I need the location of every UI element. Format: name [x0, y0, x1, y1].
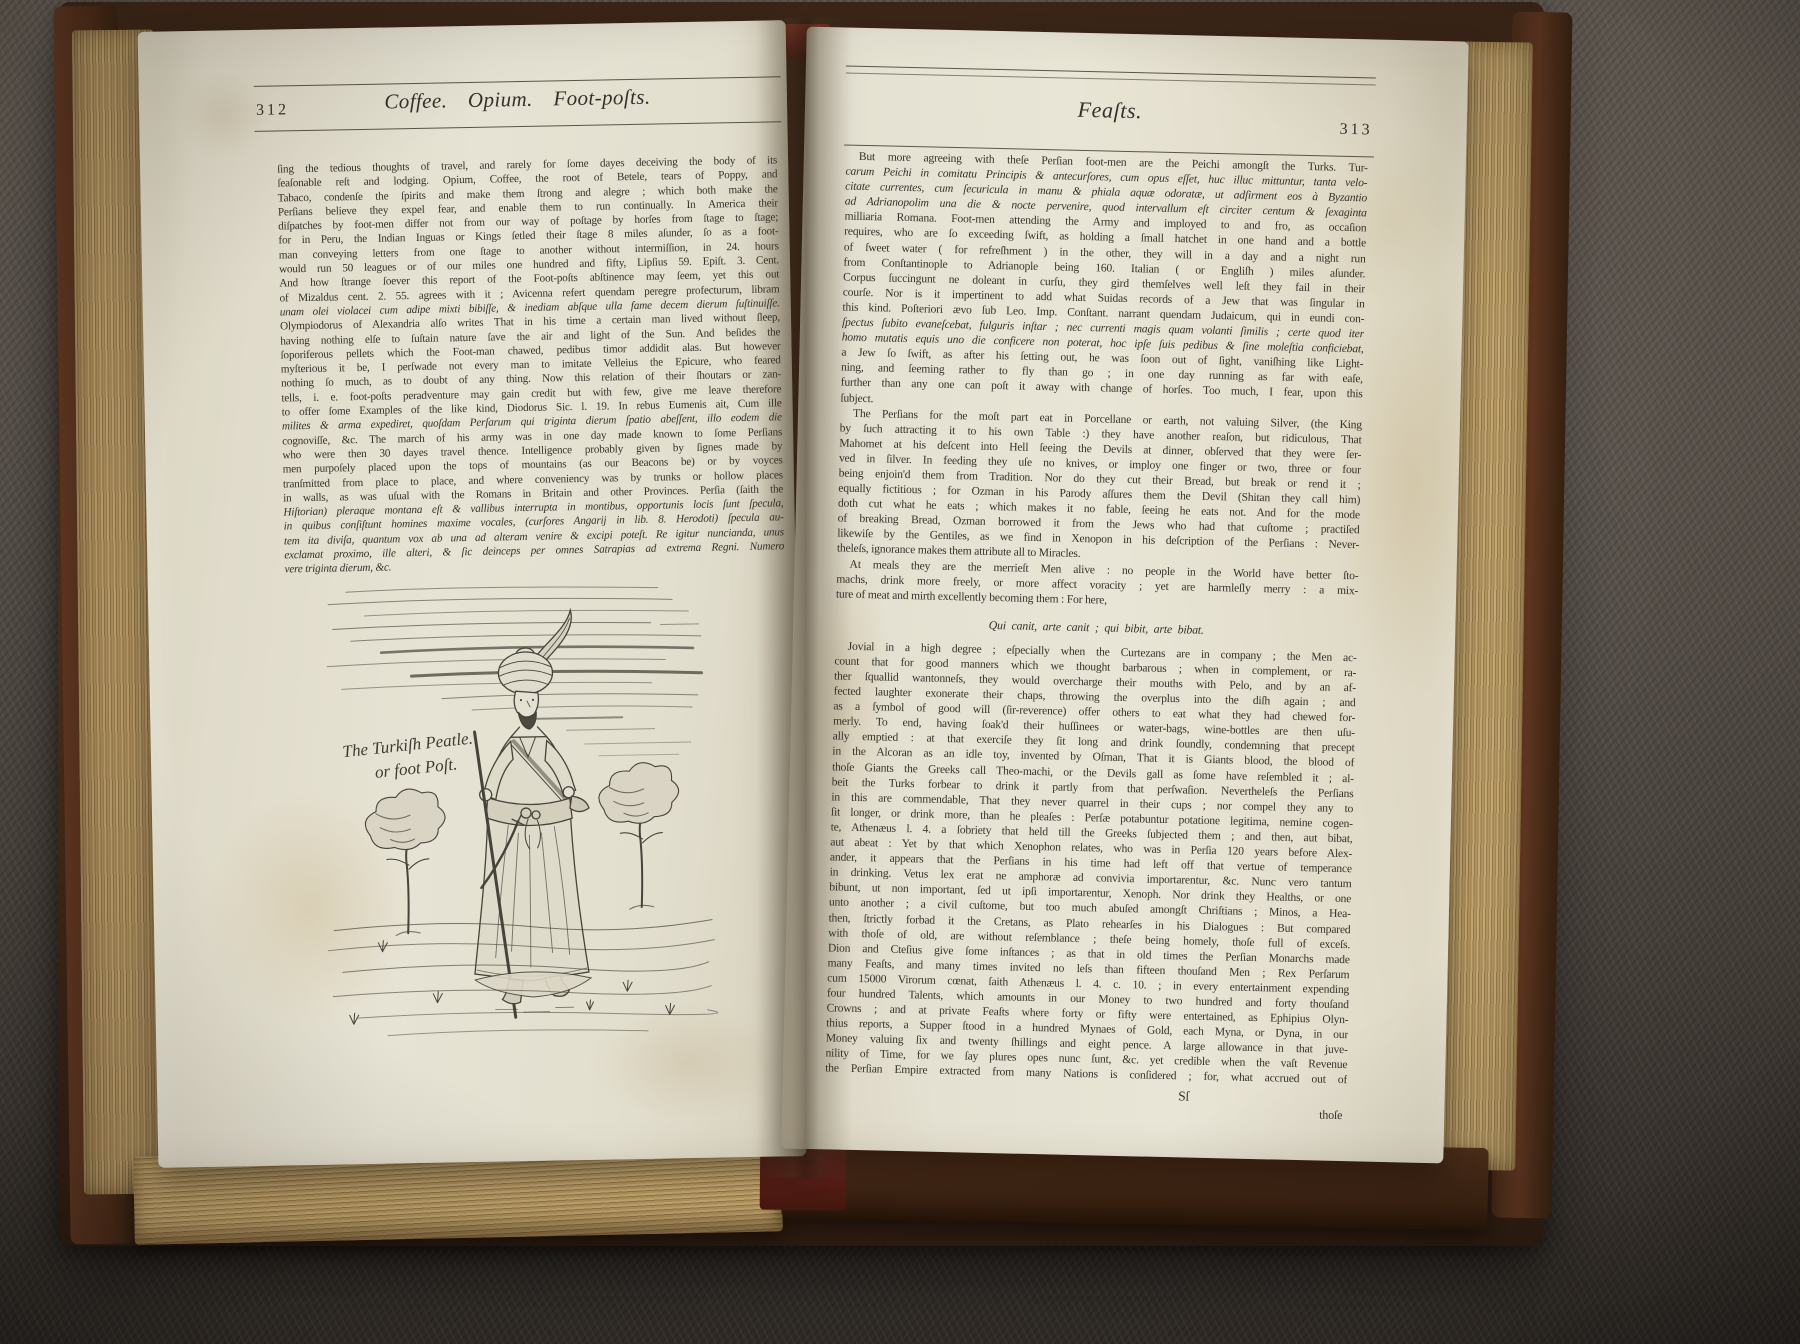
paragraph-foot-men: But more agreeing with theſe Perſian foo…	[840, 149, 1368, 417]
running-title-right: Feaſts.	[845, 92, 1375, 130]
page-left: 312 Coffee. Opium. Foot-poſts. ſing the …	[138, 20, 807, 1168]
paragraph-jovial: Jovial in a high degree ; eſpecially whe…	[825, 638, 1357, 1087]
head-rule	[846, 66, 1376, 79]
left-running-head: 312 Coffee. Opium. Foot-poſts.	[254, 76, 782, 132]
running-title-left: Coffee. Opium. Foot-poſts.	[254, 82, 781, 117]
tree-right	[598, 762, 680, 910]
head-rule	[254, 121, 781, 132]
engraving-turkish-foot-post: The Turkiſh Peatle. or foot Poſt.	[320, 578, 721, 1085]
head-rule	[846, 73, 1376, 86]
tree-left	[365, 788, 447, 936]
engraving-caption: The Turkiſh Peatle. or foot Poſt.	[342, 729, 477, 786]
photo-open-antique-book: 312 Coffee. Opium. Foot-poſts. ſing the …	[0, 0, 1800, 1344]
latin-verse: Qui canit, arte canit ; qui bibit, arte …	[835, 614, 1357, 641]
caption-line-2: or foot Poſt.	[374, 754, 458, 782]
right-page-text: But more agreeing with theſe Perſian foo…	[824, 149, 1368, 1123]
right-running-head: Feaſts. 313	[844, 66, 1376, 158]
left-page-text: ſing the tedious thoughts of travel, and…	[277, 153, 785, 577]
paragraph-eating: The Perſians for the moſt part eat in Po…	[837, 405, 1362, 568]
page-right: Feaſts. 313 But more agreeing with theſe…	[781, 27, 1468, 1164]
page-number-right: 313	[1339, 121, 1372, 140]
